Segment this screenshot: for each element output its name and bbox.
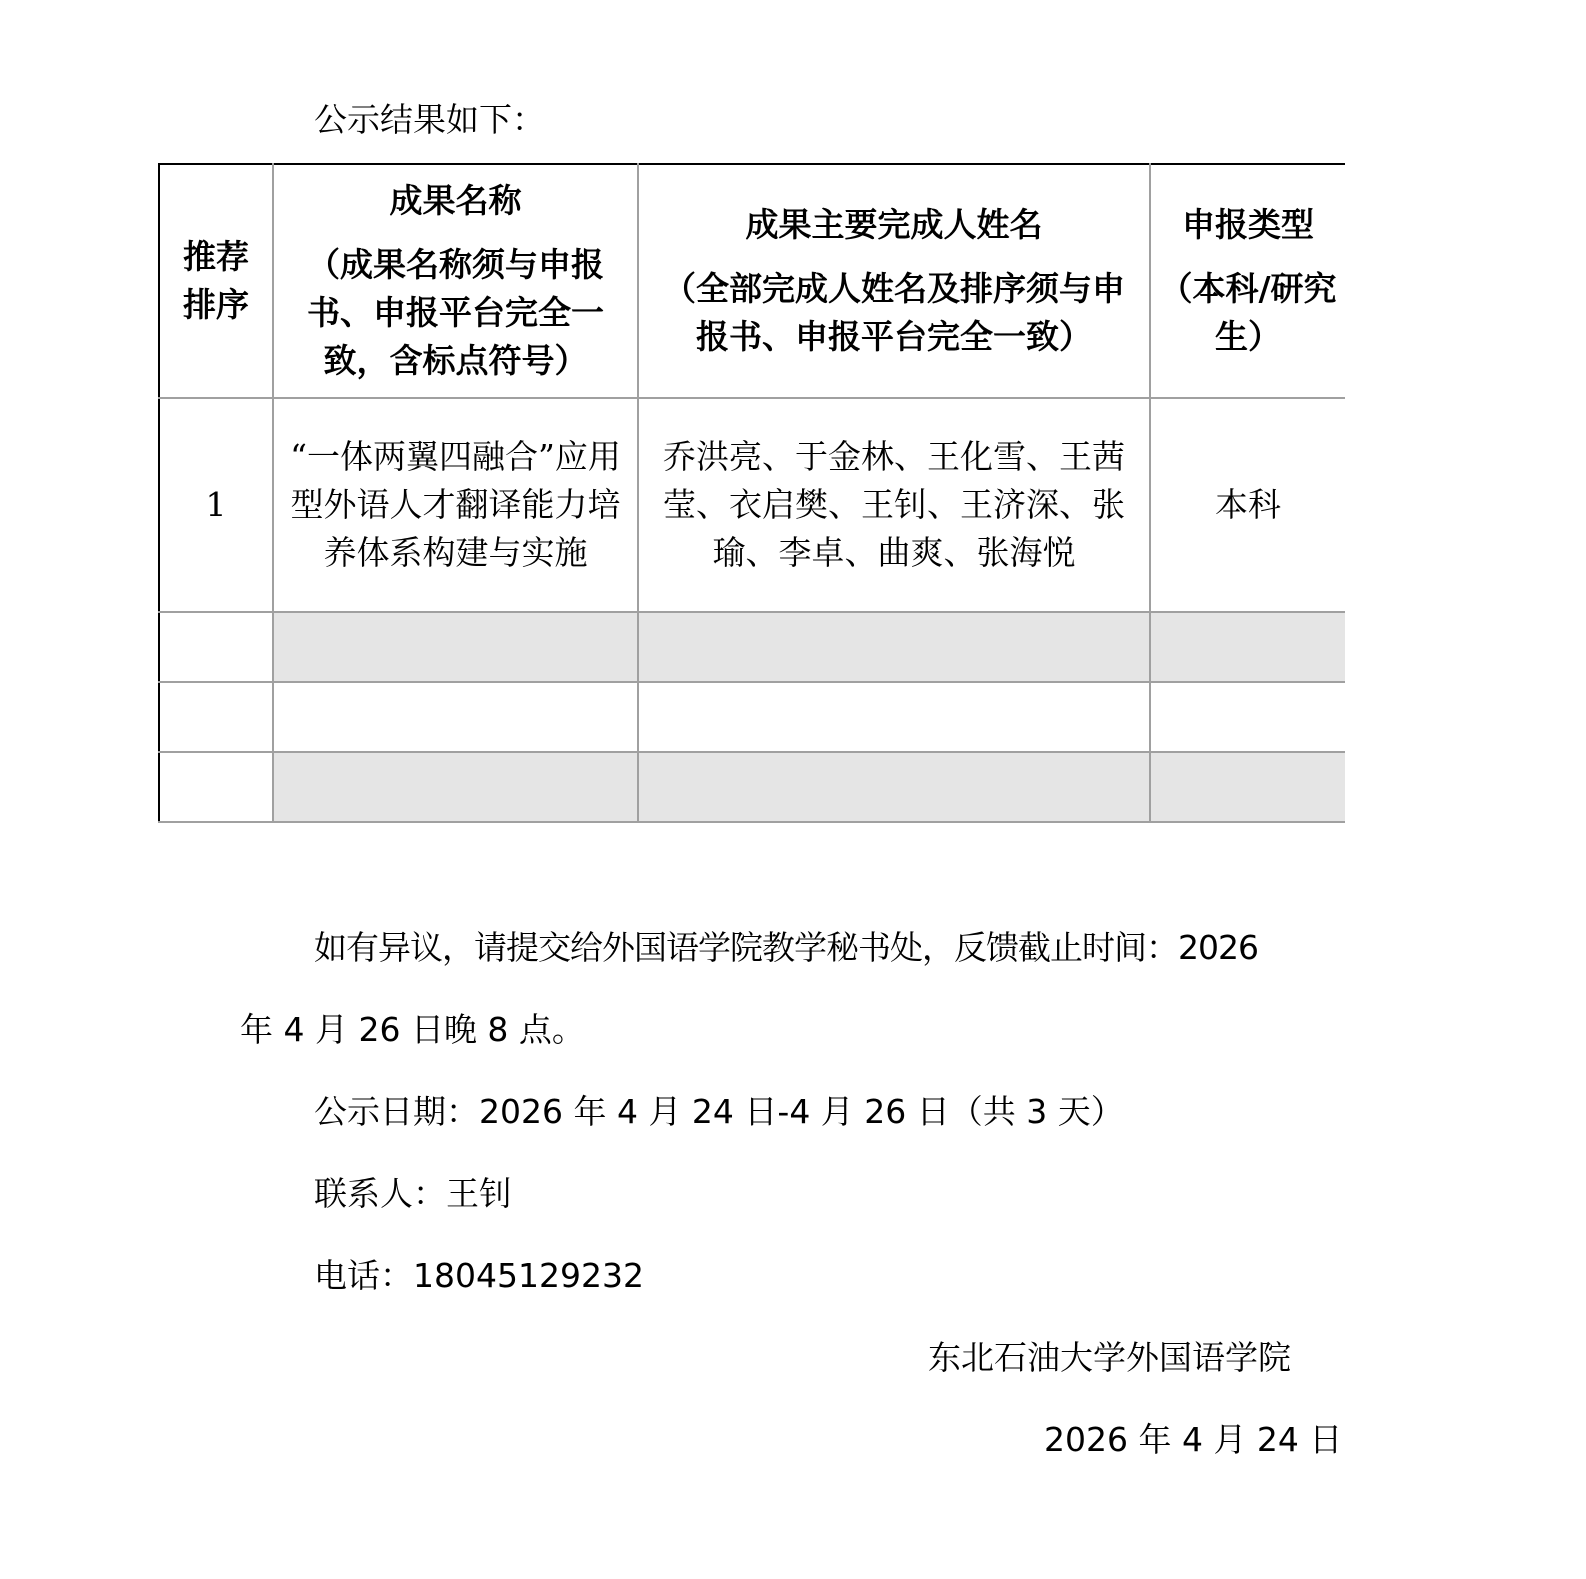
publicity-period: 公示日期：2026 年 4 月 24 日-4 月 26 日（共 3 天） xyxy=(314,1090,1124,1134)
cell-authors xyxy=(638,752,1150,822)
table-header-row: 推荐 排序 成果名称 （成果名称须与申报书、申报平台完全一致，含标点符号） 成果… xyxy=(159,164,1345,398)
table-row xyxy=(159,682,1345,752)
table-row xyxy=(159,752,1345,822)
header-type-note: （本科/研究生） xyxy=(1159,265,1337,361)
intro-text: 公示结果如下： xyxy=(314,98,545,142)
cell-rank xyxy=(159,612,273,682)
header-authors: 成果主要完成人姓名 （全部完成人姓名及排序须与申报书、申报平台完全一致） xyxy=(638,164,1150,398)
cell-rank: 1 xyxy=(159,398,273,612)
cell-title xyxy=(273,752,638,822)
cell-type xyxy=(1150,612,1345,682)
results-table: 推荐 排序 成果名称 （成果名称须与申报书、申报平台完全一致，含标点符号） 成果… xyxy=(158,163,1345,823)
cell-authors xyxy=(638,612,1150,682)
objection-notice-line2: 年 4 月 26 日晚 8 点。 xyxy=(240,1008,585,1052)
header-rank-line1: 推荐 xyxy=(183,237,249,276)
signature-org: 东北石油大学外国语学院 xyxy=(928,1336,1291,1380)
header-title: 成果名称 （成果名称须与申报书、申报平台完全一致，含标点符号） xyxy=(273,164,638,398)
cell-type xyxy=(1150,752,1345,822)
table-row: 1 “一体两翼四融合”应用型外语人才翻译能力培养体系构建与实施 乔洪亮、于金林、… xyxy=(159,398,1345,612)
objection-notice-line1: 如有异议，请提交给外国语学院教学秘书处，反馈截止时间：2026 xyxy=(314,926,1258,970)
contact-phone: 电话：18045129232 xyxy=(314,1254,644,1298)
signature-date: 2026 年 4 月 24 日 xyxy=(1044,1418,1342,1462)
header-title-main: 成果名称 xyxy=(390,181,522,220)
header-authors-main: 成果主要完成人姓名 xyxy=(746,205,1043,244)
contact-person: 联系人：王钊 xyxy=(314,1172,512,1216)
cell-type: 本科 xyxy=(1150,398,1345,612)
table-row xyxy=(159,612,1345,682)
header-authors-note: （全部完成人姓名及排序须与申报书、申报平台完全一致） xyxy=(647,265,1141,361)
cell-type xyxy=(1150,682,1345,752)
cell-title xyxy=(273,612,638,682)
header-rank-line2: 排序 xyxy=(183,285,249,324)
cell-title: “一体两翼四融合”应用型外语人才翻译能力培养体系构建与实施 xyxy=(273,398,638,612)
cell-rank xyxy=(159,682,273,752)
cell-authors xyxy=(638,682,1150,752)
header-rank: 推荐 排序 xyxy=(159,164,273,398)
header-type: 申报类型 （本科/研究生） xyxy=(1150,164,1345,398)
header-type-main: 申报类型 xyxy=(1182,205,1314,244)
cell-title xyxy=(273,682,638,752)
cell-authors: 乔洪亮、于金林、王化雪、王茜莹、衣启樊、王钊、王济深、张瑜、李卓、曲爽、张海悦 xyxy=(638,398,1150,612)
cell-rank xyxy=(159,752,273,822)
header-title-note: （成果名称须与申报书、申报平台完全一致，含标点符号） xyxy=(282,241,629,385)
